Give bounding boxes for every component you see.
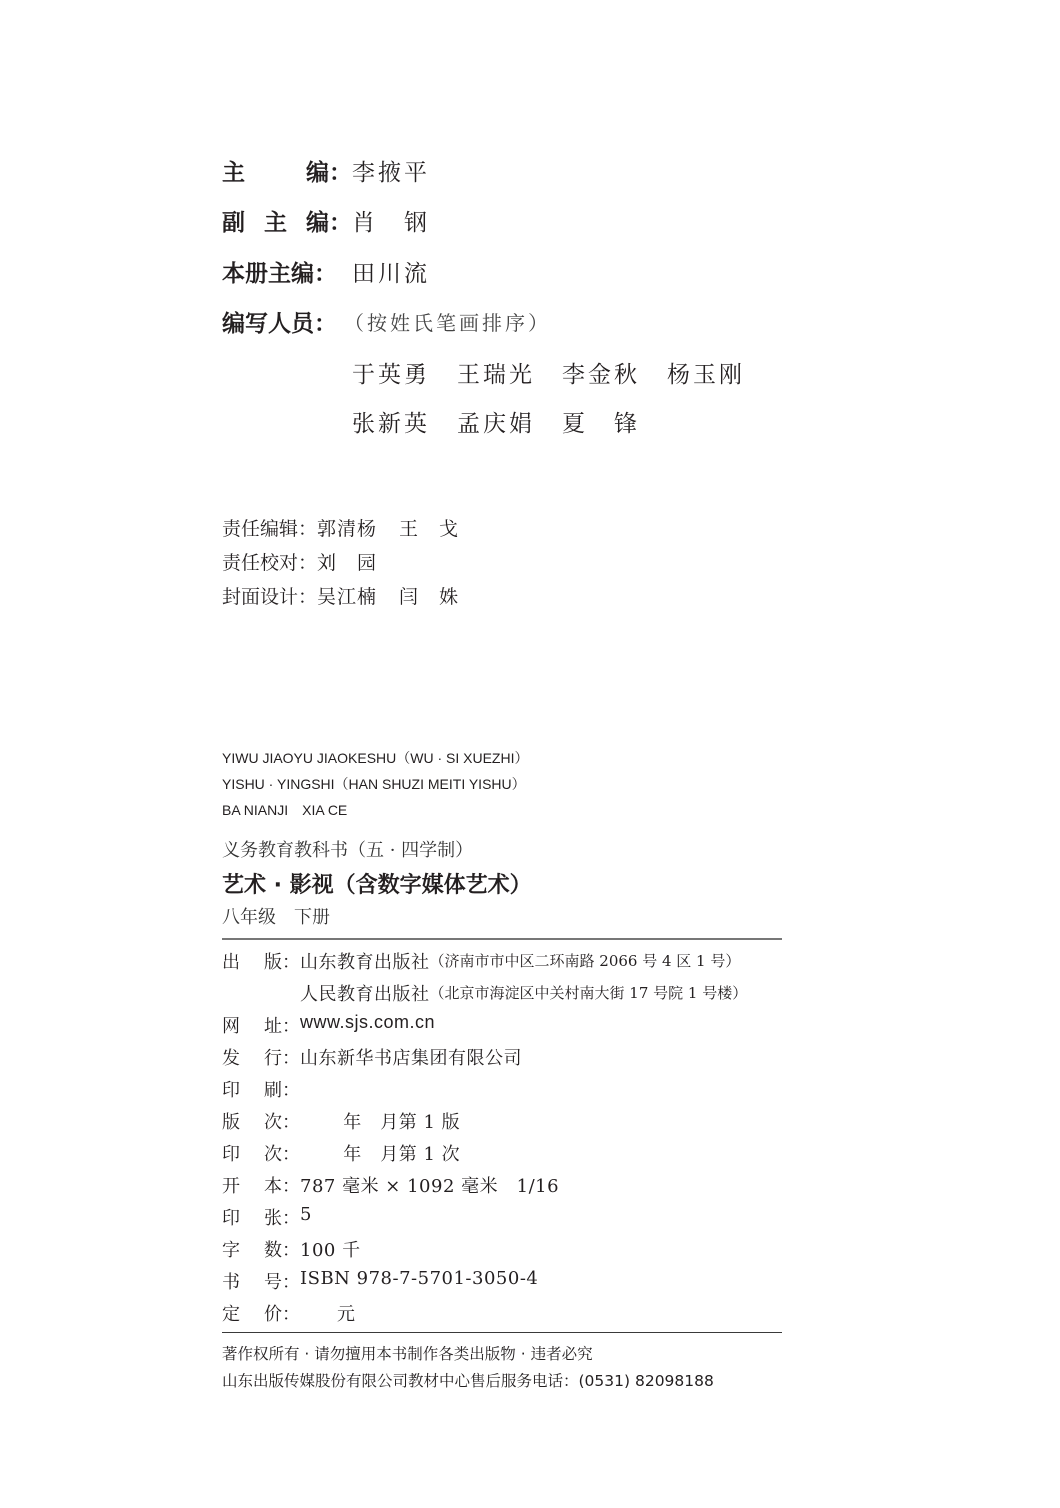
responsible-editor-row: 责任编辑：郭清杨王 戈 — [222, 514, 459, 541]
writer-name: 李金秋 — [562, 356, 667, 389]
deputy-editor-label: 副 主 编： — [222, 204, 352, 237]
writer-name: 杨玉刚 — [667, 356, 772, 389]
chief-editor-label: 主 编： — [222, 154, 352, 187]
deputy-editor-row: 副 主 编： 肖 钢 — [222, 203, 430, 237]
writers-sort-note: （按姓氏笔画排序） — [344, 307, 551, 336]
divider-bottom — [222, 1332, 782, 1333]
writers-label: 编写人员： — [222, 305, 352, 338]
pinyin-title: YISHU · YINGSHI（HAN SHUZI MEITI YISHU） — [222, 774, 526, 794]
printer-row: 印刷： — [222, 1076, 300, 1102]
deputy-editor-name: 肖 钢 — [352, 204, 430, 237]
publisher-1-address: （济南市市中区二环南路 2066 号 4 区 1 号） — [430, 950, 741, 974]
website-row: 网址： www.sjs.com.cn — [222, 1012, 435, 1038]
proofreader-label: 责任校对： — [222, 552, 317, 574]
format-row: 开本： 787 毫米 × 1092 毫米 1/16 — [222, 1172, 559, 1198]
book-title: 艺术 · 影视（含数字媒体艺术） — [222, 868, 532, 899]
pinyin-grade: BA NIANJI XIA CE — [222, 800, 347, 820]
writer-name: 王瑞光 — [457, 356, 562, 389]
publisher-row-2: 人民教育出版社（北京市海淀区中关村南大街 17 号院 1 号楼） — [300, 980, 747, 1006]
edition-row: 版次： 年 月第 1 版 — [222, 1108, 460, 1134]
writers-names-row-2: 张新英 孟庆娟 夏 锋 — [352, 405, 667, 438]
impression-row: 印次： 年 月第 1 次 — [222, 1140, 460, 1166]
sheets-row: 印张： 5 — [222, 1204, 312, 1230]
divider-top — [222, 938, 782, 940]
website-link[interactable]: www.sjs.com.cn — [300, 1012, 435, 1038]
isbn-row: 书号： ISBN 978-7-5701-3050-4 — [222, 1268, 538, 1294]
writer-name: 张新英 — [352, 405, 457, 438]
writers-names-row-1: 于英勇 王瑞光 李金秋 杨玉刚 — [352, 356, 772, 389]
series-title: 义务教育教科书（五 · 四学制） — [222, 836, 473, 862]
publisher-2: 人民教育出版社 — [300, 980, 430, 1006]
volume-editor-row: 本册主编： 田川流 — [222, 254, 430, 288]
isbn-value: ISBN 978-7-5701-3050-4 — [300, 1268, 538, 1294]
grade-volume: 八年级 下册 — [222, 903, 330, 929]
service-phone: 山东出版传媒股份有限公司教材中心售后服务电话：(0531) 82098188 — [222, 1369, 714, 1391]
cover-design-label: 封面设计： — [222, 586, 317, 608]
publisher-1: 山东教育出版社 — [300, 948, 430, 974]
chief-editor-row: 主 编： 李掖平 — [222, 153, 430, 187]
responsible-editor-label: 责任编辑： — [222, 518, 317, 540]
cover-design-row: 封面设计：吴江楠闫 姝 — [222, 582, 459, 609]
publisher-2-address: （北京市海淀区中关村南大街 17 号院 1 号楼） — [430, 982, 748, 1006]
volume-editor-label: 本册主编： — [222, 255, 352, 288]
chief-editor-name: 李掖平 — [352, 154, 430, 187]
writer-name: 于英勇 — [352, 356, 457, 389]
writers-row: 编写人员： （按姓氏笔画排序） — [222, 304, 551, 338]
distributor-row: 发行： 山东新华书店集团有限公司 — [222, 1044, 522, 1070]
proofreader-row: 责任校对：刘 园 — [222, 548, 377, 575]
word-count-row: 字数： 100 千 — [222, 1236, 361, 1262]
volume-editor-name: 田川流 — [352, 255, 430, 288]
writer-name: 孟庆娟 — [457, 405, 562, 438]
copyright-notice: 著作权所有 · 请勿擅用本书制作各类出版物 · 违者必究 — [222, 1342, 593, 1364]
publisher-row: 出版： 山东教育出版社（济南市市中区二环南路 2066 号 4 区 1 号） — [222, 948, 740, 974]
writer-name: 夏 锋 — [562, 405, 667, 438]
pinyin-series: YIWU JIAOYU JIAOKESHU（WU · SI XUEZHI） — [222, 748, 528, 768]
price-row: 定价： 元 — [222, 1300, 356, 1326]
